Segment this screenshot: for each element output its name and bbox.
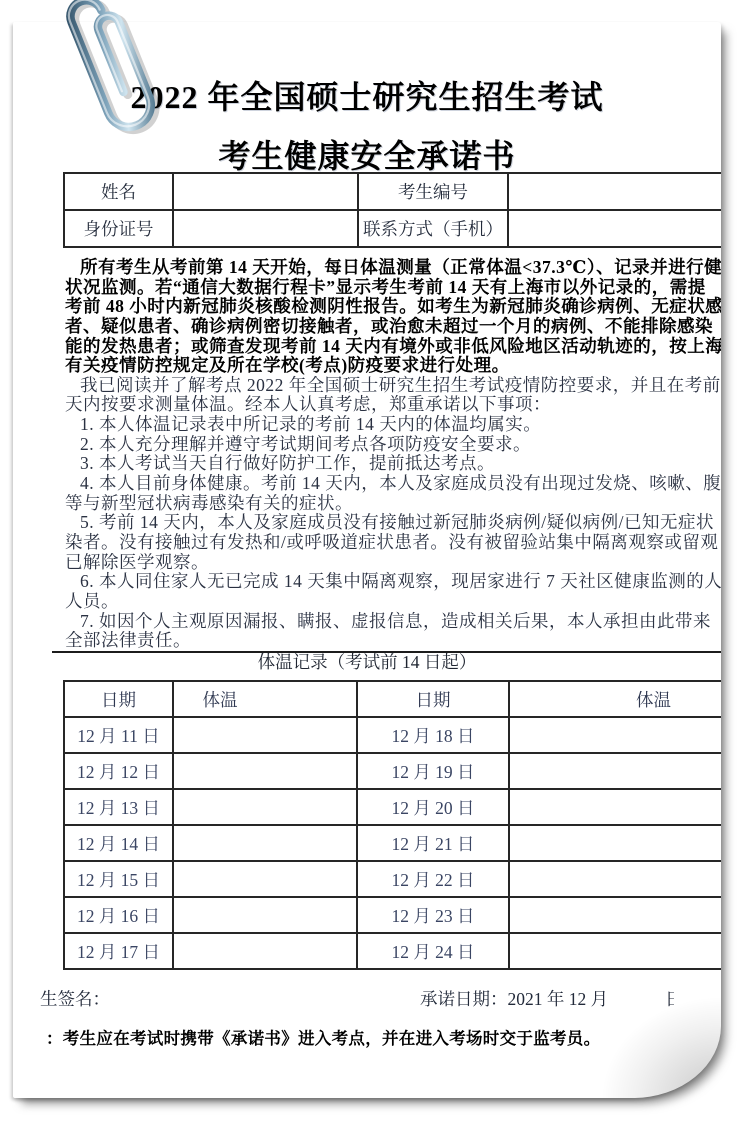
temp-date-cell: 12 月 20 日 xyxy=(357,789,509,825)
doc-text-line: 全部法律责任。 xyxy=(65,631,721,651)
temp-value-cell xyxy=(509,825,721,861)
temp-table-row: 12 月 11 日12 月 18 日 xyxy=(64,717,721,753)
temp-table-header-cell: 体温 xyxy=(173,681,357,717)
temp-value-cell xyxy=(173,789,357,825)
commitment-date-label: 承诺日期：2021 年 12 月 xyxy=(420,986,608,1011)
temp-value-cell xyxy=(509,789,721,825)
temp-table-header-cell: 日期 xyxy=(64,681,173,717)
doc-text-line: 所有考生从考前第 14 天开始，每日体温测量（正常体温<37.3℃）、记录并进行… xyxy=(65,258,721,278)
temp-value-cell xyxy=(509,753,721,789)
doc-text-line: 天内按要求测量体温。经本人认真考虑，郑重承诺以下事项： xyxy=(65,395,721,415)
info-value-cell xyxy=(508,210,721,247)
footer-note: ：考生应在考试时携带《承诺书》进入考点，并在进入考场时交于监考员。 xyxy=(46,1025,600,1049)
temp-date-cell: 12 月 11 日 xyxy=(64,717,173,753)
commitment-text: 所有考生从考前第 14 天开始，每日体温测量（正常体温<37.3℃）、记录并进行… xyxy=(65,258,721,651)
doc-text-line: 者、疑似患者、确诊病例密切接触者，或治愈未超过一个月的病例、不能排除感染 xyxy=(65,317,721,337)
doc-text-line: 人员。 xyxy=(65,592,721,612)
screenshot-root: { "doc": { "title_line1": "2022 年全国硕士研究生… xyxy=(0,0,750,1124)
doc-text-line: 4. 本人目前身体健康。考前 14 天内，本人及家庭成员没有出现过发烧、咳嗽、腹 xyxy=(65,474,721,494)
temp-table-row: 12 月 15 日12 月 22 日 xyxy=(64,861,721,897)
temp-table-header-cell: 体温 xyxy=(509,681,721,717)
temp-table-row: 12 月 12 日12 月 19 日 xyxy=(64,753,721,789)
doc-text-line: 已解除医学观察。 xyxy=(65,553,721,573)
temp-date-cell: 12 月 23 日 xyxy=(357,897,509,933)
info-value-cell xyxy=(173,210,358,247)
temp-date-cell: 12 月 17 日 xyxy=(64,933,173,969)
temp-table-row: 12 月 16 日12 月 23 日 xyxy=(64,897,721,933)
doc-text-line: 1. 本人体温记录表中所记录的考前 14 天内的体温均属实。 xyxy=(65,415,721,435)
doc-text-line: 有关疫情防控规定及所在学校(考点)防疫要求进行处理。 xyxy=(65,356,721,376)
doc-text-line: 我已阅读并了解考点 2022 年全国硕士研究生招生考试疫情防控要求，并且在考前 xyxy=(65,376,721,396)
doc-text-line: 等与新型冠状病毒感染有关的症状。 xyxy=(65,494,721,514)
temp-table-header-cell: 日期 xyxy=(357,681,509,717)
temp-value-cell xyxy=(509,933,721,969)
commitment-date-day-clipped: 日 xyxy=(665,986,674,1011)
doc-text-line: 2. 本人充分理解并遵守考试期间考点各项防疫安全要求。 xyxy=(65,435,721,455)
temp-date-cell: 12 月 21 日 xyxy=(357,825,509,861)
temp-value-cell xyxy=(509,717,721,753)
doc-text-line: 6. 本人同住家人无已完成 14 天集中隔离观察，现居家进行 7 天社区健康监测… xyxy=(65,572,721,592)
doc-text-line: 7. 如因个人主观原因漏报、瞒报、虚报信息，造成相关后果，本人承担由此带来 xyxy=(65,612,721,632)
temp-date-cell: 12 月 12 日 xyxy=(64,753,173,789)
temp-value-cell xyxy=(509,897,721,933)
temp-table-header-row: 日期体温日期体温 xyxy=(64,681,721,717)
temp-value-cell xyxy=(173,717,357,753)
temp-date-cell: 12 月 15 日 xyxy=(64,861,173,897)
temp-date-cell: 12 月 22 日 xyxy=(357,861,509,897)
temp-value-cell xyxy=(173,861,357,897)
info-table-row: 身份证号联系方式（手机） xyxy=(64,210,721,247)
info-label-cell: 考生编号 xyxy=(358,173,508,210)
info-label-cell: 联系方式（手机） xyxy=(358,210,508,247)
temp-date-cell: 12 月 24 日 xyxy=(357,933,509,969)
temp-value-cell xyxy=(173,825,357,861)
temp-value-cell xyxy=(173,753,357,789)
temp-date-cell: 12 月 19 日 xyxy=(357,753,509,789)
info-value-cell xyxy=(508,173,721,210)
temp-value-cell xyxy=(173,933,357,969)
signature-label: 生签名： xyxy=(40,986,110,1011)
temperature-table-caption: 体温记录（考试前 14 日起） xyxy=(13,652,721,673)
doc-text-line: 3. 本人考试当天自行做好防护工作，提前抵达考点。 xyxy=(65,454,721,474)
temperature-record-table: 日期体温日期体温12 月 11 日12 月 18 日12 月 12 日12 月 … xyxy=(63,680,721,970)
doc-text-line: 考前 48 小时内新冠肺炎核酸检测阴性报告。如考生为新冠肺炎确诊病例、无症状感 xyxy=(65,297,721,317)
doc-text-line: 状况监测。若“通信大数据行程卡”显示考生考前 14 天有上海市以外记录的，需提 xyxy=(65,278,721,298)
temp-date-cell: 12 月 16 日 xyxy=(64,897,173,933)
paperclip-icon xyxy=(55,0,265,192)
temp-table-row: 12 月 14 日12 月 21 日 xyxy=(64,825,721,861)
temp-table-row: 12 月 17 日12 月 24 日 xyxy=(64,933,721,969)
temp-date-cell: 12 月 13 日 xyxy=(64,789,173,825)
temp-date-cell: 12 月 18 日 xyxy=(357,717,509,753)
doc-text-line: 5. 考前 14 天内，本人及家庭成员没有接触过新冠肺炎病例/疑似病例/已知无症… xyxy=(65,513,721,533)
temp-date-cell: 12 月 14 日 xyxy=(64,825,173,861)
temp-value-cell xyxy=(173,897,357,933)
doc-text-line: 能的发热患者；或筛查发现考前 14 天内有境外或非低风险地区活动轨迹的，按上海 xyxy=(65,337,721,357)
info-label-cell: 身份证号 xyxy=(64,210,173,247)
doc-text-line: 染者。没有接触过有发热和/或呼吸道症状患者。没有被留验站集中隔离观察或留观 xyxy=(65,533,721,553)
temp-table-row: 12 月 13 日12 月 20 日 xyxy=(64,789,721,825)
signature-row: 生签名： 承诺日期：2021 年 12 月 日 xyxy=(13,986,721,1010)
temp-value-cell xyxy=(509,861,721,897)
